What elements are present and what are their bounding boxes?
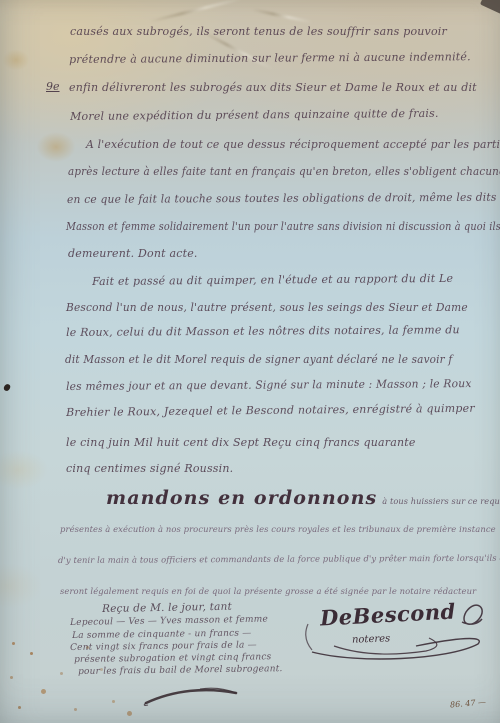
manuscript-line: demeurent. Dont acte. [68,247,198,260]
manuscript-line: Morel une expédition du présent dans qui… [70,107,439,123]
manuscript-line: Bescond l'un de nous, l'autre présent, s… [66,301,468,314]
signature-title: noteres [352,633,391,645]
formula-line: d'y tenir la main à tous officiers et co… [58,553,500,565]
receipt-line: Cent vingt six francs pour frais de la — [70,640,257,653]
corner-note: 86. 47 — [450,697,487,709]
margin-note: 9e [46,80,60,93]
formula-line: présentes à exécution à nos procureurs p… [60,524,496,534]
ink-blot [3,383,11,392]
manuscript-line: après lecture à elles faite tant en fran… [68,165,500,178]
closing-formula-row: mandons en ordonnons à tous huissiers su… [106,487,500,509]
receipt-line: Reçu de M. le jour, tant [102,601,232,615]
foxing-spots [12,642,15,645]
manuscript-line: prétendre à aucune diminution sur leur f… [69,50,471,66]
signature-block: DeBescond noteres [298,594,498,672]
manuscript-line: enfin délivreront les subrogés aux dits … [69,81,477,94]
manuscript-line: dit Masson et le dit Morel requis de sig… [65,353,452,366]
pen-flourish [140,684,245,710]
receipt-line: Lepecoul — Ves — Yves masson et femme [70,615,268,628]
manuscript-line: Brehier le Roux, Jezequel et le Bescond … [66,402,475,419]
manuscript-line: A l'exécution de tout ce que dessus réci… [86,138,500,151]
receipt-line: La somme de cinquante - un francs — [72,628,251,641]
manuscript-line: Fait et passé au dit quimper, en l'étude… [92,272,453,288]
receipt-line: pour les frais du bail de Morel subrogea… [78,664,283,677]
closing-formula-continuation: à tous huissiers sur ce requis de mettre… [382,496,500,506]
fold-crease [252,8,313,24]
manuscript-line: cinq centimes signé Roussin. [66,462,233,475]
closing-formula-heading: mandons en ordonnons [106,487,377,509]
manuscript-line: en ce que le fait la touche sous toutes … [67,191,497,206]
manuscript-line: le cinq juin Mil huit cent dix Sept Reçu… [66,436,416,449]
receipt-line: présente subrogation et vingt cinq franc… [74,652,271,665]
manuscript-page: 9e causés aux subrogés, ils seront tenus… [0,0,500,723]
manuscript-line: causés aux subrogés, ils seront tenus de… [70,25,447,38]
photo-corner-shadow [480,0,500,14]
manuscript-line: le Roux, celui du dit Masson et les nôtr… [66,323,460,339]
manuscript-line: Masson et femme solidairement l'un pour … [66,220,500,233]
manuscript-line: les mêmes jour et an que devant. Signé s… [66,377,472,393]
fold-crease [150,0,243,23]
